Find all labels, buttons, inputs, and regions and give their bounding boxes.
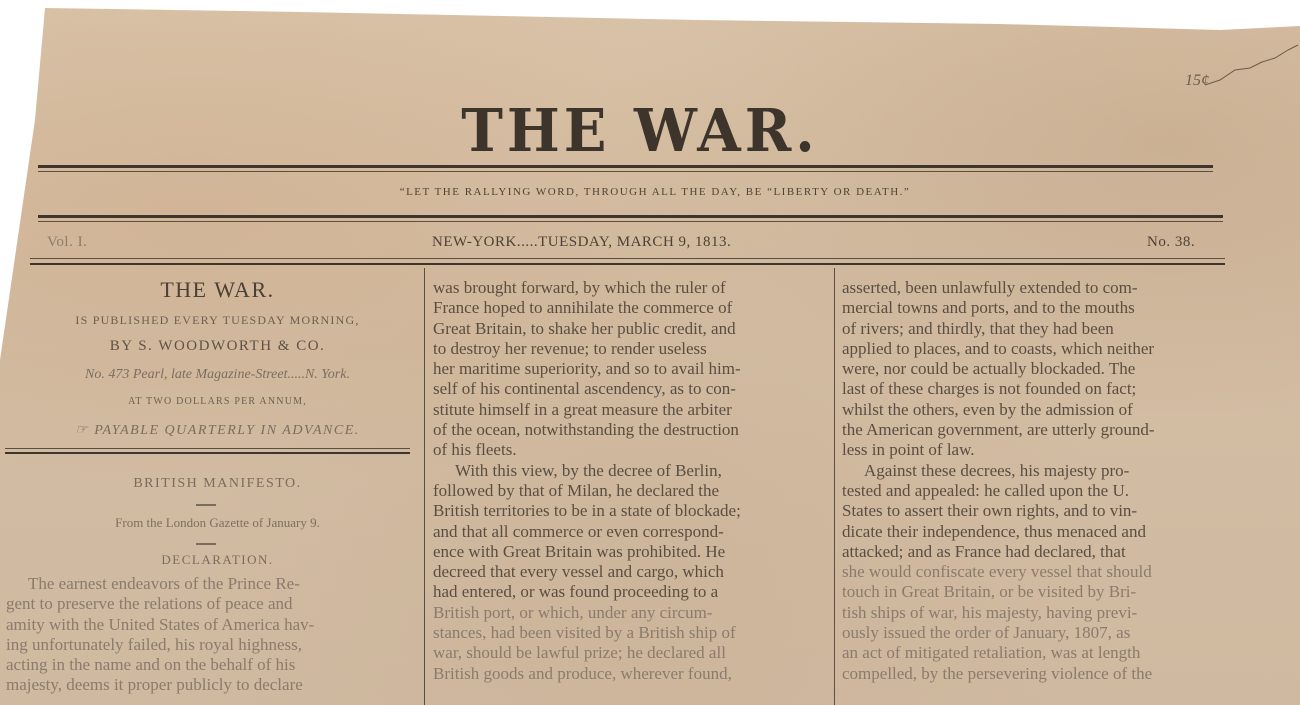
article-line: war, should be lawful prize; he declared… (433, 643, 827, 663)
article-line: of rivers; and thirdly, that they had be… (842, 319, 1242, 339)
subscription-price: AT TWO DOLLARS PER ANNUM, (20, 396, 415, 407)
article-line: majesty, deems it proper publicly to dec… (6, 675, 404, 695)
article-line: ously issued the order of January, 1807,… (842, 623, 1242, 643)
motto-rule (38, 215, 1223, 218)
article-line: less in point of law. (842, 440, 1242, 460)
publisher-schedule: IS PUBLISHED EVERY TUESDAY MORNING, (20, 313, 415, 328)
article-line: her maritime superiority, and so to avai… (433, 359, 827, 379)
publisher-box-title: THE WAR. (20, 277, 415, 303)
publisher-box-rule (5, 452, 410, 454)
ornament-dash-2 (196, 543, 216, 545)
article-line: last of these charges is not founded on … (842, 379, 1242, 399)
payment-terms: ☞ PAYABLE QUARTERLY IN ADVANCE. (20, 422, 415, 439)
article-line: Against these decrees, his majesty pro- (842, 461, 1242, 481)
masthead-rule-top (38, 165, 1213, 168)
article-column-3: asserted, been unlawfully extended to co… (842, 278, 1242, 684)
article-line: whilst the others, even by the admission… (842, 400, 1242, 420)
column-divider-2 (834, 268, 835, 705)
article-line: France hoped to annihilate the commerce … (433, 298, 827, 318)
article-line: were, nor could be actually blockaded. T… (842, 359, 1242, 379)
article-line: asserted, been unlawfully extended to co… (842, 278, 1242, 298)
article-line: mercial towns and ports, and to the mout… (842, 298, 1242, 318)
article-line: applied to places, and to coasts, which … (842, 339, 1242, 359)
article-line: British port, or which, under any circum… (433, 603, 827, 623)
publisher-name: BY S. WOODWORTH & CO. (20, 338, 415, 355)
article-line: had entered, or was found proceeding to … (433, 582, 827, 602)
publisher-box-rule-thin (5, 448, 410, 449)
article-line: followed by that of Milan, he declared t… (433, 481, 827, 501)
dateline-rule (30, 263, 1225, 265)
article-line: decreed that every vessel and cargo, whi… (433, 562, 827, 582)
article-line: British territories to be in a state of … (433, 501, 827, 521)
masthead-motto: “LET THE RALLYING WORD, THROUGH ALL THE … (240, 186, 1070, 198)
article-line: dicate their independence, thus menaced … (842, 522, 1242, 542)
article-line: was brought forward, by which the ruler … (433, 278, 827, 298)
ornament-dash-1 (196, 504, 216, 506)
article-line: the American government, are utterly gro… (842, 420, 1242, 440)
article-line: compelled, by the persevering violence o… (842, 664, 1242, 684)
paper-tear-icon (1200, 40, 1300, 90)
article-line: to destroy her revenue; to render useles… (433, 339, 827, 359)
dateline-rule-thin (30, 258, 1225, 259)
place-date-line: NEW-YORK.....TUESDAY, MARCH 9, 1813. (432, 234, 731, 251)
article-line: States to assert their own rights, and t… (842, 501, 1242, 521)
column-divider-1 (424, 268, 425, 705)
article-line: gent to preserve the relations of peace … (6, 594, 404, 614)
article-line: attacked; and as France had declared, th… (842, 542, 1242, 562)
article-line: tish ships of war, his majesty, having p… (842, 603, 1242, 623)
article-line: of the ocean, notwithstanding the destru… (433, 420, 827, 440)
article-line: With this view, by the decree of Berlin, (433, 461, 827, 481)
publisher-address: No. 473 Pearl, late Magazine-Street.....… (20, 367, 415, 383)
article-subheading: DECLARATION. (20, 552, 415, 568)
article-line: ing unfortunately failed, his royal high… (6, 635, 404, 655)
article-line: she would confiscate every vessel that s… (842, 562, 1242, 582)
motto-rule-thin (38, 221, 1223, 222)
article-line: stitute himself in a great measure the a… (433, 400, 827, 420)
masthead-rule-top-thin (38, 171, 1213, 172)
article-line: tested and appealed: he called upon the … (842, 481, 1242, 501)
newspaper-masthead-title: THE WAR. (430, 96, 850, 165)
issue-number: No. 38. (1147, 234, 1195, 251)
article-line: acting in the name and on the behalf of … (6, 655, 404, 675)
article-line: touch in Great Britain, or be visited by… (842, 582, 1242, 602)
article-heading: BRITISH MANIFESTO. (20, 476, 415, 492)
article-line: Great Britain, to shake her public credi… (433, 319, 827, 339)
article-line: self of his continental ascendency, as t… (433, 379, 827, 399)
article-line: stances, had been visited by a British s… (433, 623, 827, 643)
article-column-2: was brought forward, by which the ruler … (433, 278, 827, 684)
article-source: From the London Gazette of January 9. (20, 515, 415, 531)
article-line: British goods and produce, wherever foun… (433, 664, 827, 684)
article-line: The earnest endeavors of the Prince Re- (6, 574, 404, 594)
article-line: amity with the United States of America … (6, 615, 404, 635)
volume-label: Vol. I. (47, 234, 87, 251)
article-line: of his fleets. (433, 440, 827, 460)
article-line: and that all commerce or even correspond… (433, 522, 827, 542)
article-line: an act of mitigated retaliation, was at … (842, 643, 1242, 663)
article-line: ence with Great Britain was prohibited. … (433, 542, 827, 562)
article-column-1: The earnest endeavors of the Prince Re- … (6, 574, 404, 696)
